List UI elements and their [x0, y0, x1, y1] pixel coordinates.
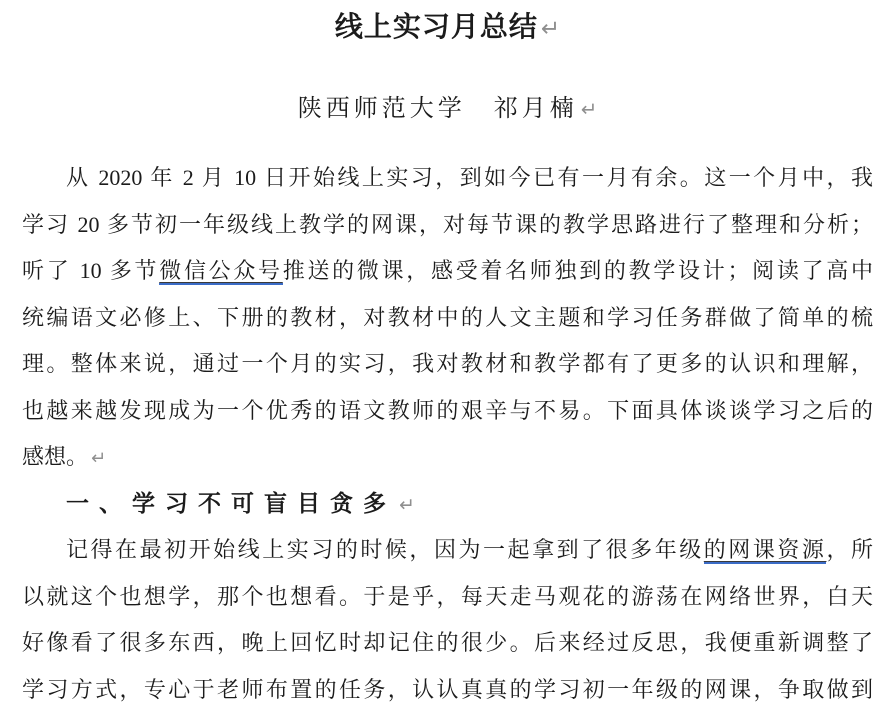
text-run: 好像看了很多东西，晚上回忆时却记住的很少。后来经过反思，我便重新调整了	[22, 630, 873, 655]
section-heading: 一、学习不可盲目贪多↵	[22, 481, 873, 528]
text-line: 统编语文必修上、下册的教材，对教材中的人文主题和学习任务群做了简单的梳	[22, 295, 873, 342]
text-run: 从 2020 年 2 月 10 日开始线上实习，到如今已有一月有余。这一个月中，…	[66, 165, 873, 190]
underlined-text[interactable]: 的网课资源	[704, 537, 827, 564]
document-body: 从 2020 年 2 月 10 日开始线上实习，到如今已有一月有余。这一个月中，…	[22, 155, 873, 713]
paragraph-mark-icon: ↵	[399, 494, 415, 516]
text-run: 感想。	[22, 444, 88, 469]
text-run: 学习方式，专心于老师布置的任务，认认真真的学习初一年级的网课，争取做到	[22, 677, 873, 702]
text-line: 理。整体来说，通过一个月的实习，我对教材和教学都有了更多的认识和理解，	[22, 341, 873, 388]
text-run: 记得在最初开始线上实习的时候，因为一起拿到了很多年级	[66, 537, 704, 562]
document-page[interactable]: 线上实习月总结↵ 陕西师范大学 祁月楠↵ 从 2020 年 2 月 10 日开始…	[0, 0, 895, 720]
text-line: 感想。↵	[22, 434, 873, 481]
text-line: 好像看了很多东西，晚上回忆时却记住的很少。后来经过反思，我便重新调整了	[22, 620, 873, 667]
text-run: 听了 10 多节	[22, 258, 159, 283]
paragraph-mark-icon: ↵	[581, 98, 597, 121]
text-line: 学习 20 多节初一年级线上教学的网课，对每节课的教学思路进行了整理和分析；	[22, 202, 873, 249]
text-run: 理。整体来说，通过一个月的实习，我对教材和教学都有了更多的认识和理解，	[22, 351, 873, 376]
text-run: 统编语文必修上、下册的教材，对教材中的人文主题和学习任务群做了简单的梳	[22, 305, 873, 330]
paragraph-mark-icon: ↵	[541, 16, 560, 42]
text-line: 也越来越发现成为一个优秀的语文教师的艰辛与不易。下面具体谈谈学习之后的	[22, 388, 873, 435]
text-line: 听了 10 多节微信公众号推送的微课，感受着名师独到的教学设计；阅读了高中	[22, 248, 873, 295]
text-line: 记得在最初开始线上实习的时候，因为一起拿到了很多年级的网课资源，所	[22, 527, 873, 574]
text-line: 以就这个也想学，那个也想看。于是乎，每天走马观花的游荡在网络世界，白天	[22, 574, 873, 621]
underlined-text[interactable]: 微信公众号	[159, 258, 283, 285]
text-run: ，所	[826, 537, 873, 562]
document-author: 陕西师范大学 祁月楠↵	[22, 93, 873, 126]
text-run: 也越来越发现成为一个优秀的语文教师的艰辛与不易。下面具体谈谈学习之后的	[22, 398, 873, 423]
document-title: 线上实习月总结↵	[22, 0, 873, 49]
text-run: 学习 20 多节初一年级线上教学的网课，对每节课的教学思路进行了整理和分析；	[22, 212, 873, 237]
text-line: 从 2020 年 2 月 10 日开始线上实习，到如今已有一月有余。这一个月中，…	[22, 155, 873, 202]
paragraph-mark-icon: ↵	[91, 448, 106, 469]
text-line: 学习方式，专心于老师布置的任务，认认真真的学习初一年级的网课，争取做到	[22, 667, 873, 714]
text-run: 一、学习不可盲目贪多	[66, 491, 396, 516]
text-run: 推送的微课，感受着名师独到的教学设计；阅读了高中	[283, 258, 873, 283]
document-title-text: 线上实习月总结	[335, 12, 538, 43]
document-author-text: 陕西师范大学 祁月楠	[298, 96, 578, 122]
text-run: 以就这个也想学，那个也想看。于是乎，每天走马观花的游荡在网络世界，白天	[22, 584, 873, 609]
